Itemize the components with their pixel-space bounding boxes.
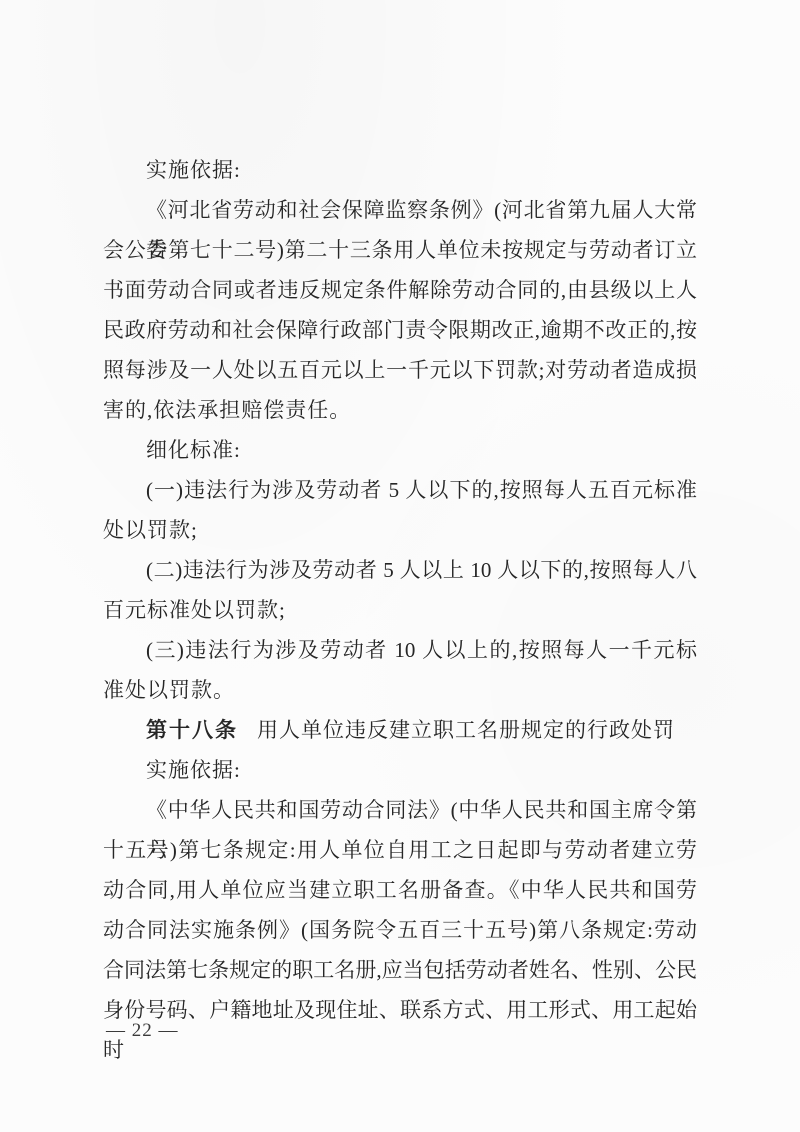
text-line: 十五号)第七条规定:用人单位自用工之日起即与劳动者建立劳 (103, 830, 697, 870)
text-line: 动合同,用人单位应当建立职工名册备查。《中华人民共和国劳 (103, 870, 697, 910)
text-line: 民政府劳动和社会保障行政部门责令限期改正,逾期不改正的,按 (103, 310, 697, 350)
article-number: 第十八条 (146, 719, 238, 742)
text-line: 细化标准: (103, 430, 697, 470)
document-page: 实施依据:《河北省劳动和社会保障监察条例》(河北省第九届人大常委会公告第七十二号… (0, 0, 800, 1132)
text-line: 百元标准处以罚款; (103, 590, 697, 630)
document-body: 实施依据:《河北省劳动和社会保障监察条例》(河北省第九届人大常委会公告第七十二号… (103, 150, 697, 1030)
text-line: 合同法第七条规定的职工名册,应当包括劳动者姓名、性别、公民 (103, 950, 697, 990)
text-line: 身份号码、户籍地址及现住址、联系方式、用工形式、用工起始时 (103, 990, 697, 1030)
text-line: 处以罚款; (103, 510, 697, 550)
text-line: 《中华人民共和国劳动合同法》(中华人民共和国主席令第六 (103, 790, 697, 830)
text-line: 害的,依法承担赔偿责任。 (103, 390, 697, 430)
page-number: — 22 — (106, 1016, 179, 1046)
text-line: 准处以罚款。 (103, 670, 697, 710)
text-line: 实施依据: (103, 750, 697, 790)
text-line: 书面劳动合同或者违反规定条件解除劳动合同的,由县级以上人 (103, 270, 697, 310)
text-line: (三)违法行为涉及劳动者 10 人以上的,按照每人一千元标 (103, 630, 697, 670)
text-line: 实施依据: (103, 150, 697, 190)
text-line: 会公告第七十二号)第二十三条用人单位未按规定与劳动者订立 (103, 230, 697, 270)
text-line: 动合同法实施条例》(国务院令五百三十五号)第八条规定:劳动 (103, 910, 697, 950)
text-line: 《河北省劳动和社会保障监察条例》(河北省第九届人大常委 (103, 190, 697, 230)
text-line: (二)违法行为涉及劳动者 5 人以上 10 人以下的,按照每人八 (103, 550, 697, 590)
text-line: 第十八条用人单位违反建立职工名册规定的行政处罚 (103, 710, 697, 750)
text-line: (一)违法行为涉及劳动者 5 人以下的,按照每人五百元标准 (103, 470, 697, 510)
text-line: 照每涉及一人处以五百元以上一千元以下罚款;对劳动者造成损 (103, 350, 697, 390)
